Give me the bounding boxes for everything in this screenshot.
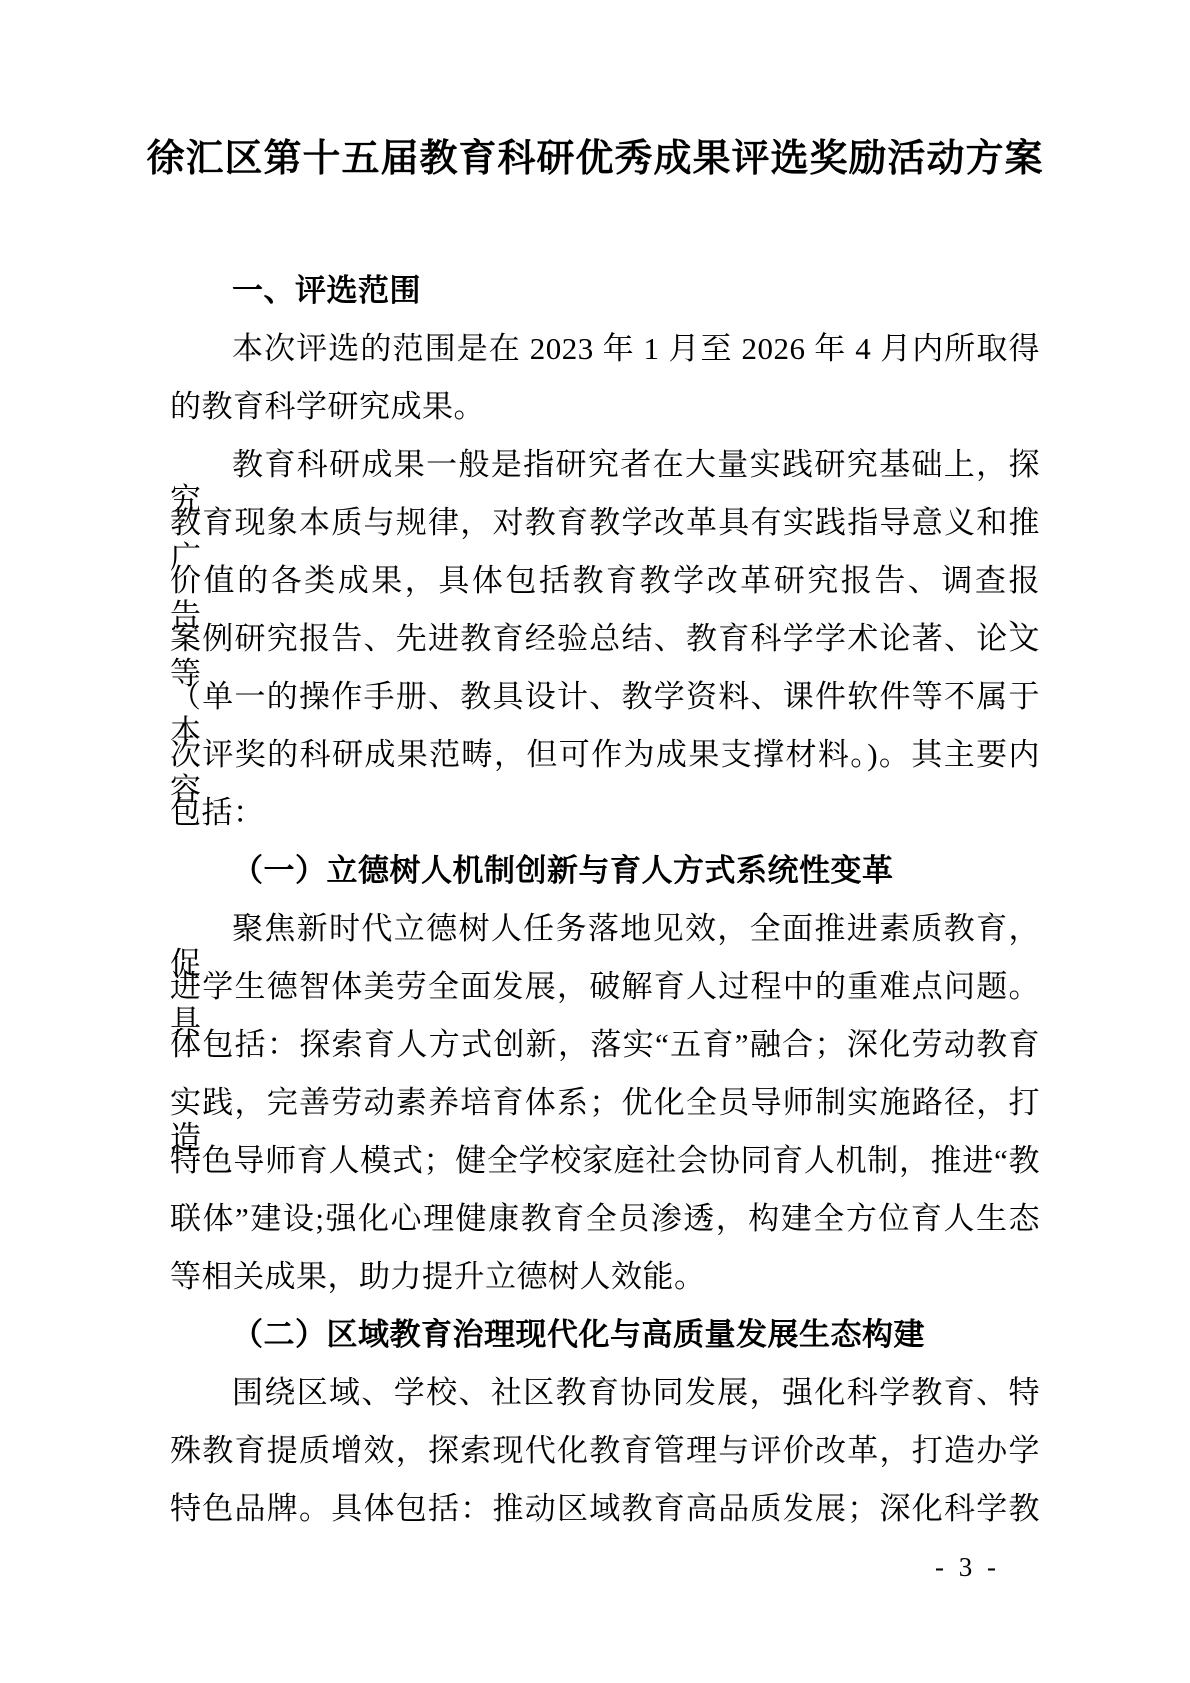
text-line: 包括： [170, 795, 1040, 853]
sub-heading: （二）区域教育治理现代化与高质量发展生态构建 [170, 1317, 1040, 1375]
text-line: 等相关成果，助力提升立德树人效能。 [170, 1259, 1040, 1317]
text-line: 教育科研成果一般是指研究者在大量实践研究基础上，探究 [170, 447, 1040, 505]
text-line: 进学生德智体美劳全面发展，破解育人过程中的重难点问题。具 [170, 969, 1040, 1027]
document-page: 徐汇区第十五届教育科研优秀成果评选奖励活动方案 一、评选范围本次评选的范围是在 … [0, 0, 1190, 1683]
sub-heading: （一）立德树人机制创新与育人方式系统性变革 [170, 853, 1040, 911]
text-line: 教育现象本质与规律，对教育教学改革具有实践指导意义和推广 [170, 505, 1040, 563]
text-line: 联体”建设;强化心理健康教育全员渗透，构建全方位育人生态 [170, 1201, 1040, 1259]
text-line: 案例研究报告、先进教育经验总结、教育科学学术论著、论文等 [170, 621, 1040, 679]
section-heading: 一、评选范围 [170, 273, 1040, 331]
text-line: 次评奖的科研成果范畴，但可作为成果支撑材料。)。其主要内容 [170, 737, 1040, 795]
document-body: 一、评选范围本次评选的范围是在 2023 年 1 月至 2026 年 4 月内所… [170, 273, 1040, 1549]
text-line: （单一的操作手册、教具设计、教学资料、课件软件等不属于本 [170, 679, 1040, 737]
text-line: 聚焦新时代立德树人任务落地见效，全面推进素质教育，促 [170, 911, 1040, 969]
text-line: 特色导师育人模式；健全学校家庭社会协同育人机制，推进“教 [170, 1143, 1040, 1201]
page-number: - 3 - [935, 1552, 1000, 1582]
text-line: 本次评选的范围是在 2023 年 1 月至 2026 年 4 月内所取得 [170, 331, 1040, 389]
text-line: 围绕区域、学校、社区教育协同发展，强化科学教育、特 [170, 1375, 1040, 1433]
text-line: 实践，完善劳动素养培育体系；优化全员导师制实施路径，打造 [170, 1085, 1040, 1143]
text-line: 殊教育提质增效，探索现代化教育管理与评价改革，打造办学 [170, 1433, 1040, 1491]
text-line: 特色品牌。具体包括：推动区域教育高品质发展；深化科学教 [170, 1491, 1040, 1549]
text-line: 价值的各类成果，具体包括教育教学改革研究报告、调查报告、 [170, 563, 1040, 621]
text-line: 的教育科学研究成果。 [170, 389, 1040, 447]
text-line: 体包括：探索育人方式创新，落实“五育”融合；深化劳动教育 [170, 1027, 1040, 1085]
document-title: 徐汇区第十五届教育科研优秀成果评选奖励活动方案 [0, 136, 1190, 182]
